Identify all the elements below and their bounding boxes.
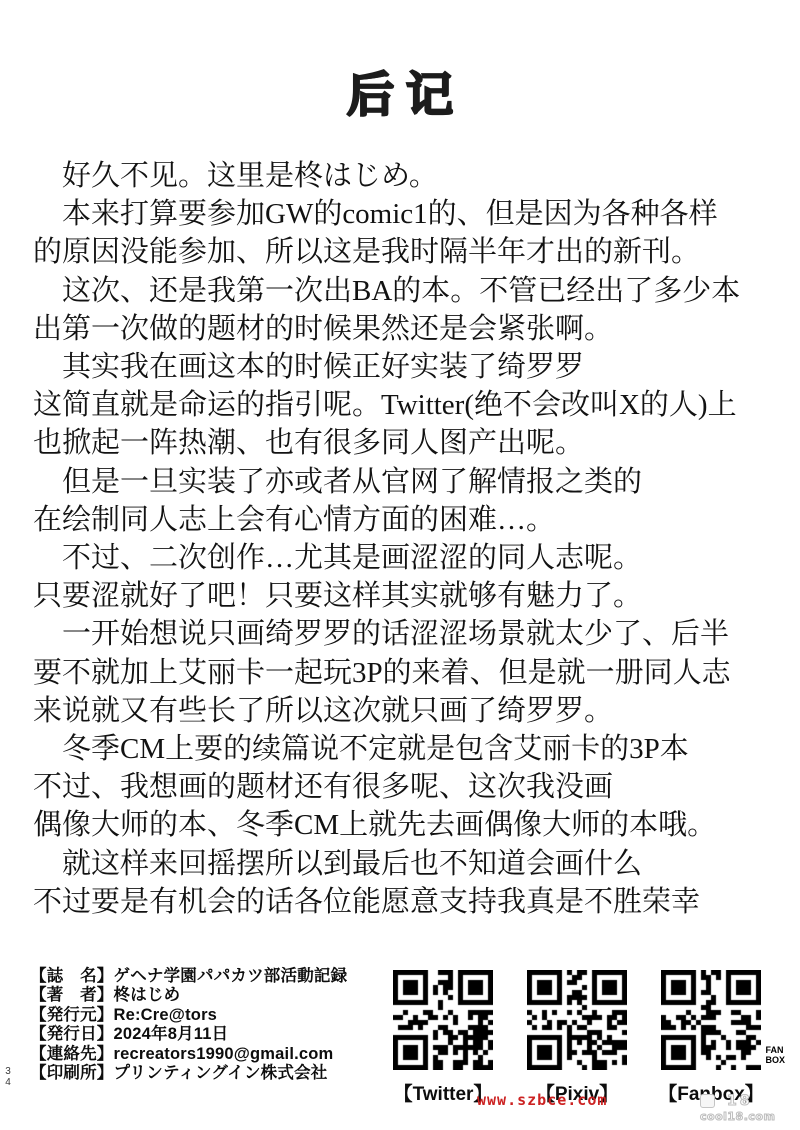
page-number-digit: 3	[2, 1066, 14, 1077]
body-line: 的原因没能参加、所以这是我时隔半年才出的新刊。	[33, 233, 789, 271]
corner-watermark: 18 cool18.com	[700, 1093, 775, 1123]
afterword-body: 好久不见。这里是柊はじめ。本来打算要参加GW的comic1的、但是因为各种各样的…	[33, 157, 789, 921]
body-line: 不过、二次创作…尤其是画涩涩的同人志呢。	[33, 539, 789, 577]
page-title: 后记	[6, 58, 800, 125]
twitter-qr-code	[393, 970, 493, 1070]
body-line: 只要涩就好了吧！只要这样其实就够有魅力了。	[33, 577, 789, 615]
body-line: 好久不见。这里是柊はじめ。	[33, 157, 789, 195]
colophon-row: 【発行日】2024年8月11日	[30, 1025, 347, 1044]
afterword-page: 后记 好久不见。这里是柊はじめ。本来打算要参加GW的comic1的、但是因为各种…	[0, 0, 800, 1130]
fanbox-logo-text: FANBOX	[765, 1046, 785, 1065]
pixiv-qr-block: 【Pixiv】	[527, 970, 627, 1106]
body-line: 不过、我想画的题材还有很多呢、这次我没画	[33, 768, 789, 806]
page-number-digit: 4	[2, 1077, 14, 1088]
body-line: 出第一次做的题材的时候果然还是会紧张啊。	[33, 310, 789, 348]
colophon-row: 【著 者】柊はじめ	[30, 986, 347, 1005]
body-line: 本来打算要参加GW的comic1的、但是因为各种各样	[33, 195, 789, 233]
body-line: 冬季CM上要的续篇说不定就是包含艾丽卡的3P本	[33, 730, 789, 768]
body-line: 不过要是有机会的话各位能愿意支持我真是不胜荣幸	[33, 883, 789, 921]
twitter-qr-block: 【Twitter】	[393, 970, 493, 1106]
body-line: 一开始想说只画绮罗罗的话涩涩场景就太少了、后半	[33, 615, 789, 653]
cool18-logo-icon	[700, 1094, 715, 1108]
body-line: 也掀起一阵热潮、也有很多同人图产出呢。	[33, 424, 789, 462]
corner-watermark-line2: cool18.com	[700, 1110, 775, 1123]
body-line: 这次、还是我第一次出BA的本。不管已经出了多少本	[33, 272, 789, 310]
colophon-row: 【発行元】Re:Cre@tors	[30, 1006, 347, 1025]
body-line: 但是一旦实装了亦或者从官网了解情报之类的	[33, 463, 789, 501]
corner-watermark-line1: 18	[700, 1093, 775, 1109]
body-line: 来说就又有些长了所以这次就只画了绮罗罗。	[33, 692, 789, 730]
colophon-row: 【連絡先】recreators1990@gmail.com	[30, 1045, 347, 1064]
colophon-row: 【誌 名】ゲヘナ学園パパカツ部活動記録	[30, 967, 347, 986]
fanbox-qr-code	[661, 970, 761, 1070]
qr-row: 【Twitter】【Pixiv】【Fanbox】FANBOX	[393, 970, 761, 1106]
pixiv-qr-code	[527, 970, 627, 1070]
body-line: 在绘制同人志上会有心情方面的困难…。	[33, 501, 789, 539]
body-line: 这简直就是命运的指引呢。Twitter(绝不会改叫X的人)上	[33, 386, 789, 424]
body-line: 就这样来回摇摆所以到最后也不知道会画什么	[33, 845, 789, 883]
page-number: 3 4	[2, 1066, 14, 1088]
corner-watermark-18: 18	[727, 1093, 752, 1109]
body-line: 偶像大师的本、冬季CM上就先去画偶像大师的本哦。	[33, 806, 789, 844]
watermark-url: www.szbce.com	[477, 1091, 607, 1109]
body-line: 其实我在画这本的时候正好实装了绮罗罗	[33, 348, 789, 386]
colophon: 【誌 名】ゲヘナ学園パパカツ部活動記録【著 者】柊はじめ【発行元】Re:Cre@…	[30, 967, 347, 1083]
fanbox-qr-block: 【Fanbox】FANBOX	[661, 970, 761, 1106]
body-line: 要不就加上艾丽卡一起玩3P的来着、但是就一册同人志	[33, 654, 789, 692]
colophon-row: 【印刷所】プリンティングイン株式会社	[30, 1064, 347, 1083]
